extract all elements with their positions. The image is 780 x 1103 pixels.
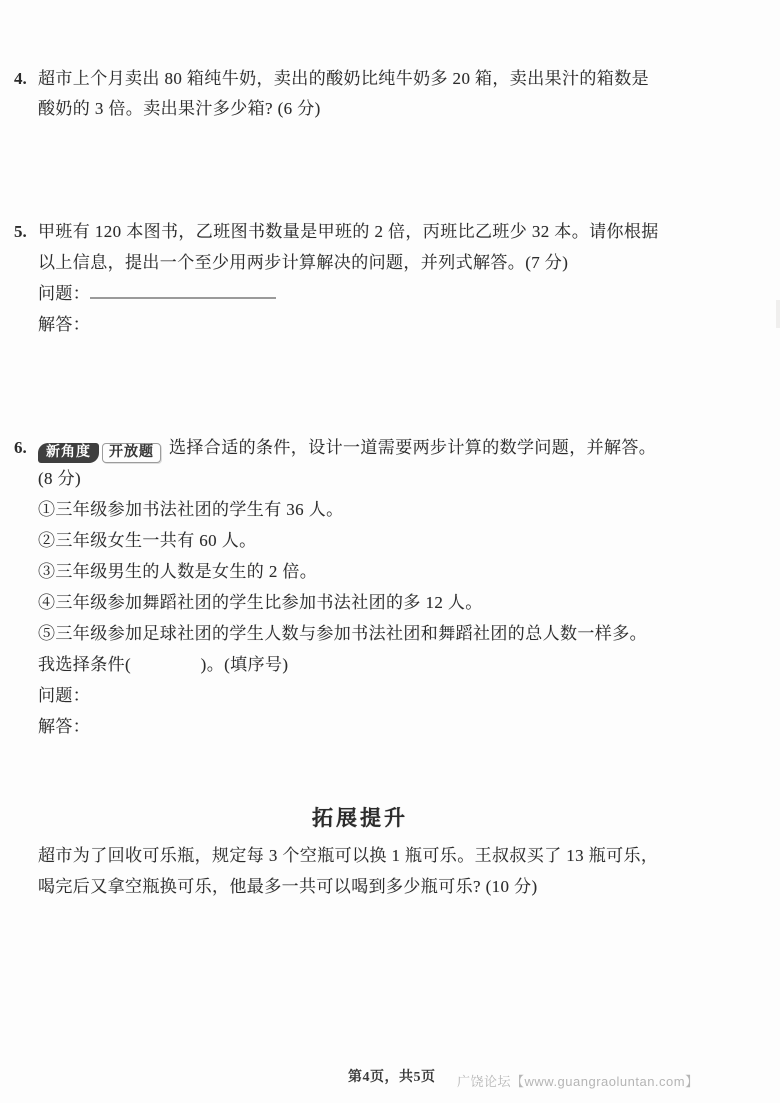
question-6-body: 新角度 开放题 选择合适的条件，设计一道需要两步计算的数学问题，并解答。 (8 …	[38, 432, 706, 742]
condition-item-1: ①三年级参加书法社团的学生有 36 人。	[38, 494, 706, 525]
question-6: 6. 新角度 开放题 选择合适的条件，设计一道需要两步计算的数学问题，并解答。 …	[14, 432, 706, 742]
question-5-text-line-1: 甲班有 120 本图书，乙班图书数量是甲班的 2 倍，丙班比乙班少 32 本。请…	[38, 216, 706, 247]
new-angle-badge: 新角度	[38, 443, 99, 463]
footer-page-indicator: 第4页，共5页	[348, 1066, 436, 1086]
condition-item-3: ③三年级男生的人数是女生的 2 倍。	[38, 556, 706, 587]
question-6-problem-label: 问题：	[38, 680, 706, 711]
question-6-answer-label: 解答：	[38, 711, 706, 742]
expansion-section-title: 拓展提升	[14, 802, 706, 832]
question-4-text-line-2: 酸奶的 3 倍。卖出果汁多少箱? (6 分)	[38, 94, 706, 124]
question-4: 4. 超市上个月卖出 80 箱纯牛奶，卖出的酸奶比纯牛奶多 20 箱，卖出果汁的…	[14, 64, 706, 124]
question-5-answer-line: 解答：	[38, 309, 706, 340]
question-5-body: 甲班有 120 本图书，乙班图书数量是甲班的 2 倍，丙班比乙班少 32 本。请…	[38, 216, 706, 340]
question-5-text-line-2: 以上信息，提出一个至少用两步计算解决的问题，并列式解答。(7 分)	[38, 247, 706, 278]
expansion-text-line-1: 超市为了回收可乐瓶，规定每 3 个空瓶可以换 1 瓶可乐。王叔叔买了 13 瓶可…	[38, 840, 706, 871]
question-4-body: 超市上个月卖出 80 箱纯牛奶，卖出的酸奶比纯牛奶多 20 箱，卖出果汁的箱数是…	[38, 64, 706, 124]
footer-watermark: 广饶论坛【www.guangraoluntan.com】	[457, 1071, 699, 1090]
question-6-intro-text: 选择合适的条件，设计一道需要两步计算的数学问题，并解答。	[169, 438, 656, 457]
question-4-number: 4.	[14, 64, 38, 94]
scan-edge-artifact	[776, 300, 780, 328]
problem-label: 问题：	[38, 284, 90, 303]
question-4-text-line-1: 超市上个月卖出 80 箱纯牛奶，卖出的酸奶比纯牛奶多 20 箱，卖出果汁的箱数是	[38, 64, 706, 94]
worksheet-page: 4. 超市上个月卖出 80 箱纯牛奶，卖出的酸奶比纯牛奶多 20 箱，卖出果汁的…	[0, 0, 780, 1103]
condition-item-2: ②三年级女生一共有 60 人。	[38, 525, 706, 556]
question-5-problem-line: 问题：	[38, 278, 706, 309]
question-5-number: 5.	[14, 216, 38, 247]
question-6-number: 6.	[14, 432, 38, 463]
expansion-body: 超市为了回收可乐瓶，规定每 3 个空瓶可以换 1 瓶可乐。王叔叔买了 13 瓶可…	[38, 840, 706, 902]
condition-item-4: ④三年级参加舞蹈社团的学生比参加书法社团的多 12 人。	[38, 587, 706, 618]
choose-condition-line: 我选择条件( )。(填序号)	[38, 649, 706, 680]
question-6-score: (8 分)	[38, 463, 706, 494]
expansion-section: 拓展提升 超市为了回收可乐瓶，规定每 3 个空瓶可以换 1 瓶可乐。王叔叔买了 …	[14, 802, 706, 902]
question-5: 5. 甲班有 120 本图书，乙班图书数量是甲班的 2 倍，丙班比乙班少 32 …	[14, 216, 706, 340]
question-6-badges: 新角度 开放题	[38, 443, 161, 463]
fill-in-blank-line	[90, 285, 276, 299]
answer-label: 解答：	[38, 315, 90, 334]
expansion-text-line-2: 喝完后又拿空瓶换可乐，他最多一共可以喝到多少瓶可乐? (10 分)	[38, 871, 706, 902]
open-question-badge: 开放题	[102, 443, 161, 463]
condition-item-5: ⑤三年级参加足球社团的学生人数与参加书法社团和舞蹈社团的总人数一样多。	[38, 618, 706, 649]
question-6-intro-line: 新角度 开放题 选择合适的条件，设计一道需要两步计算的数学问题，并解答。	[38, 432, 706, 463]
